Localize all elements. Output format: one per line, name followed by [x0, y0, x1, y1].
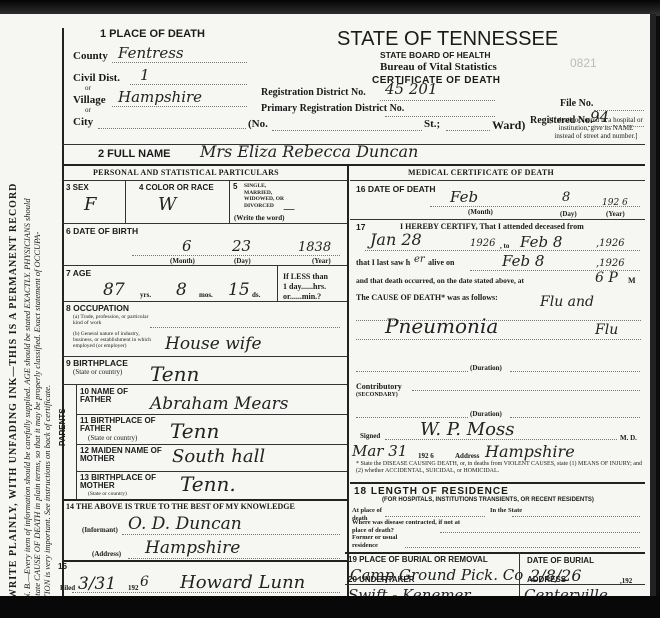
parents-label: PARENTS	[58, 408, 67, 446]
marital-note: (Write the word)	[234, 214, 284, 222]
marital-field[interactable]: —	[283, 202, 295, 216]
informant-heading: 14 THE ABOVE IS TRUE TO THE BEST OF MY K…	[66, 502, 295, 511]
margin-line-4: TION is very important. See instructions…	[42, 198, 52, 599]
mother-birthplace-field[interactable]: Tenn.	[180, 472, 236, 496]
day-caption: (Day)	[234, 257, 251, 265]
former-residence-label: Former or usual residence	[352, 534, 412, 550]
occupation-label: 8 OCCUPATION	[66, 303, 129, 313]
registered-number-label: Registered No.	[530, 115, 593, 126]
death-year-caption: (Year)	[606, 210, 625, 218]
year-caption: (Year)	[312, 257, 331, 265]
race-label: 4 COLOR OR RACE	[139, 183, 214, 192]
cause-field-3[interactable]: Flu	[595, 322, 618, 338]
undertaker-label: 20 UNDERTAKER	[348, 575, 415, 584]
physician-signature[interactable]: W. P. Moss	[420, 419, 514, 440]
duration-label-2: (Duration)	[470, 410, 502, 418]
meridiem-label: M	[628, 276, 636, 285]
full-name-field[interactable]: Mrs Eliza Rebecca Duncan	[200, 142, 418, 161]
occupation-a: (a) Trade, profession, or particular kin…	[73, 314, 153, 326]
informant-address-label: (Address)	[92, 550, 121, 558]
registrar-field[interactable]: Howard Lunn	[180, 572, 305, 593]
house-number-label: (No.	[248, 118, 268, 130]
in-state-label: In the State	[490, 507, 524, 515]
father-birthplace-label: 11 BIRTHPLACE OF FATHER	[80, 417, 160, 433]
father-birthplace-sub: (State or country)	[88, 434, 137, 442]
personal-heading: PERSONAL AND STATISTICAL PARTICULARS	[93, 168, 279, 177]
file-number-label: File No.	[560, 98, 593, 109]
mother-birthplace-label: 13 BIRTHPLACE OF MOTHER	[80, 474, 160, 490]
registration-district-label: Registration District No.	[261, 87, 366, 98]
margin-line-2: N. B.—Every item of information should b…	[22, 198, 32, 599]
attended-from-field[interactable]: Jan 28	[370, 230, 422, 249]
signed-year: 192 6	[418, 452, 434, 460]
or-text: or	[85, 84, 91, 92]
or-text: or	[85, 106, 91, 114]
birthplace-sub: (State or country)	[73, 368, 122, 376]
age-years-field[interactable]: 87	[103, 280, 125, 300]
city-label: City	[73, 116, 93, 128]
cause-field-2[interactable]: Pneumonia	[385, 314, 498, 338]
certify-text: I HEREBY CERTIFY, That I attended deceas…	[400, 222, 584, 231]
residence-note: (FOR HOSPITALS, INSTITUTIONS TRANSIENTS,…	[382, 496, 647, 504]
margin-line-3: state CAUSE OF DEATH in plain terms, so …	[32, 198, 42, 599]
cause-footnote: * State the DISEASE CAUSING DEATH, or, i…	[356, 461, 646, 474]
time-of-death-field[interactable]: 6 P	[595, 270, 618, 286]
stamp-number: 0821	[570, 56, 597, 70]
civil-dist-label: Civil Dist.	[73, 72, 120, 84]
birthplace-label: 9 BIRTHPLACE	[66, 358, 128, 368]
duration-label: (Duration)	[470, 364, 502, 372]
attended-to-year[interactable]: ,1926	[596, 238, 625, 249]
margin-instructions: N. B.—Every item of information should b…	[22, 198, 52, 599]
physician-address-label: Address	[455, 452, 479, 460]
occupation-b: (b) General nature of industry, business…	[73, 331, 153, 349]
undertaker-address-label: ADDRESS	[527, 575, 566, 584]
attended-from-year[interactable]: 1926	[470, 238, 495, 249]
ds-label: ds.	[252, 291, 260, 299]
month-caption: (Month)	[170, 257, 195, 265]
county-label: County	[73, 50, 108, 62]
board-title: STATE BOARD OF HEALTH	[380, 50, 491, 60]
physician-address-field[interactable]: Hampshire	[485, 442, 575, 461]
state-title: STATE OF TENNESSEE	[337, 28, 558, 51]
last-saw-year[interactable]: ,1926	[596, 258, 625, 269]
signed-label: Signed	[360, 432, 380, 440]
occupation-field[interactable]: House wife	[165, 334, 262, 354]
death-month-field[interactable]: Feb	[450, 188, 478, 206]
registered-number-field[interactable]: 94	[590, 108, 609, 126]
md-label: M. D.	[620, 434, 637, 442]
burial-date-label: DATE OF BURIAL	[527, 556, 594, 565]
secondary-label: (SECONDARY)	[356, 391, 398, 399]
civil-dist-field[interactable]: 1	[140, 66, 150, 84]
mother-name-label: 12 MAIDEN NAME OF MOTHER	[80, 447, 165, 463]
alive-on-text: alive on	[428, 258, 454, 267]
medical-heading: MEDICAL CERTIFICATE OF DEATH	[408, 168, 554, 177]
death-day-field[interactable]: 8	[562, 190, 570, 205]
village-label: Village	[73, 94, 106, 106]
death-month-caption: (Month)	[468, 208, 493, 216]
contributory-label: Contributory	[356, 382, 402, 391]
dob-label: 6 DATE OF BIRTH	[66, 226, 138, 236]
death-certificate: WRITE PLAINLY, WITH UNFADING INK—THIS IS…	[0, 14, 656, 604]
bureau-title: Bureau of Vital Statistics	[380, 61, 497, 73]
death-day-caption: (Day)	[560, 210, 577, 218]
age-label: 7 AGE	[66, 268, 91, 278]
county-field[interactable]: Fentress	[118, 44, 184, 62]
race-field[interactable]: W	[158, 194, 177, 215]
date-of-death-label: 16 DATE OF DEATH	[356, 184, 436, 194]
filed-year-prefix: 192	[128, 584, 139, 592]
informant-address-field[interactable]: Hampshire	[145, 538, 240, 558]
street-label: St.;	[424, 118, 440, 130]
ward-label: Ward)	[492, 118, 525, 133]
informant-label: (Informant)	[82, 526, 118, 534]
scan-bottom-edge	[0, 596, 660, 618]
age-months-field[interactable]: 8	[176, 280, 187, 300]
last-saw-text: that I last saw h	[356, 258, 410, 267]
less-than-text: If LESS than	[283, 272, 328, 282]
margin-warning: WRITE PLAINLY, WITH UNFADING INK—THIS IS…	[8, 183, 19, 599]
dob-day-field[interactable]: 23	[232, 237, 251, 255]
one-day-text: 1 day......hrs.	[283, 282, 328, 292]
cause-field-1[interactable]: Flu and	[540, 294, 594, 310]
mother-birthplace-sub: (State or country)	[88, 490, 127, 498]
yrs-label: yrs.	[140, 291, 151, 299]
birthplace-field[interactable]: Tenn	[150, 362, 199, 386]
attended-to-field[interactable]: Feb 8	[520, 233, 562, 251]
sex-field[interactable]: F	[84, 194, 97, 215]
signed-date-field[interactable]: Mar 31	[352, 442, 407, 460]
burial-place-label: 19 PLACE OF BURIAL OR REMOVAL	[348, 555, 488, 564]
filing-num: 15	[58, 562, 67, 571]
last-saw-date-field[interactable]: Feb 8	[502, 252, 544, 270]
to-word: , to	[500, 242, 509, 250]
mos-label: mos.	[199, 291, 213, 299]
less-than-day: If LESS than 1 day......hrs. or......min…	[283, 272, 328, 302]
filed-year-field[interactable]: 6	[140, 574, 149, 590]
village-field[interactable]: Hampshire	[118, 88, 202, 106]
father-birthplace-field[interactable]: Tenn	[170, 419, 219, 443]
last-saw-pronoun[interactable]: er	[414, 254, 425, 265]
marital-num: 5	[233, 182, 237, 191]
death-occurred-text: and that death occurred, on the date sta…	[356, 276, 524, 285]
certify-num: 17	[356, 222, 365, 232]
cause-text: The CAUSE OF DEATH* was as follows:	[356, 293, 498, 302]
place-of-death-heading: 1 PLACE OF DEATH	[100, 28, 205, 40]
age-days-field[interactable]: 15	[228, 280, 250, 300]
dob-year-field[interactable]: 1838	[298, 240, 331, 255]
informant-field[interactable]: O. D. Duncan	[128, 514, 242, 534]
dob-month-field[interactable]: 6	[182, 237, 192, 255]
full-name-label: 2 FULL NAME	[98, 148, 171, 160]
father-name-label: 10 NAME OF FATHER	[80, 388, 150, 404]
filed-date-field[interactable]: 3/31	[78, 574, 116, 594]
sex-label: 3 SEX	[66, 183, 89, 192]
registration-district-field[interactable]: 45 201	[385, 80, 438, 98]
mother-name-field[interactable]: South hall	[172, 446, 265, 467]
primary-registration-label: Primary Registration District No.	[261, 103, 404, 114]
filed-label: Filed	[60, 584, 75, 592]
father-name-field[interactable]: Abraham Mears	[150, 394, 288, 414]
